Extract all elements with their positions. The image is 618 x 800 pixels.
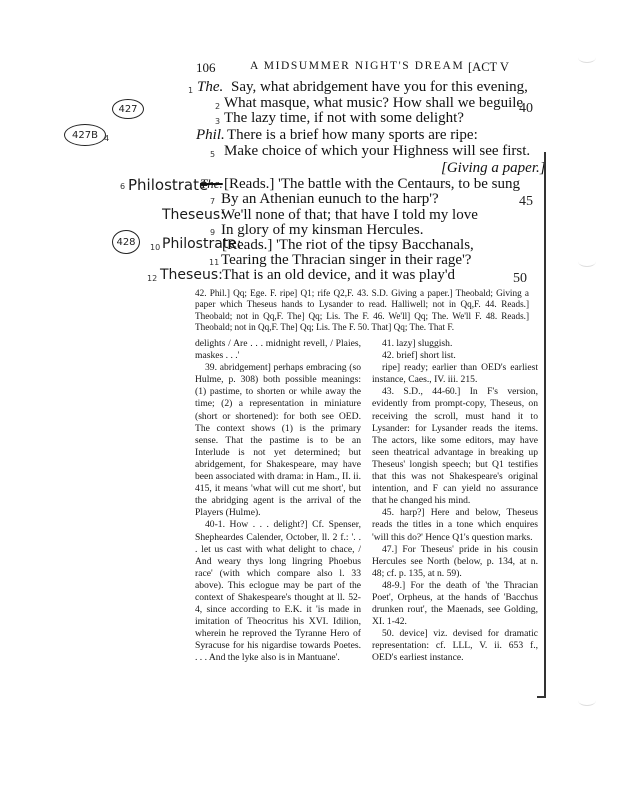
annotation-circle-428: 428 (112, 230, 140, 254)
hand-line-number: 1 (188, 86, 193, 95)
page-number: 106 (196, 60, 216, 76)
line-number: 45 (519, 194, 533, 210)
hand-line-number: 2 (215, 102, 220, 111)
commentary-left-column: delights / Are . . . midnight revell, / … (195, 338, 361, 665)
verse-line: That is an old device, and it was play'd (222, 267, 455, 284)
commentary-note: 40-1. How . . . delight?] Cf. Spenser, S… (195, 519, 361, 664)
commentary-note: 48-9.] For the death of 'the Thracian Po… (372, 580, 538, 628)
speaker-prefix: The. (197, 79, 223, 96)
verse-line: There is a brief how many sports are rip… (227, 127, 478, 144)
commentary-note: 42. brief] short list. (372, 350, 538, 362)
struck-speaker-prefix: The. (200, 176, 223, 192)
commentary-note: 45. harp?] Here and below, Theseus reads… (372, 507, 538, 543)
textual-collation: 42. Phil.] Qq; Ege. F. ripe] Q1; rife Q2… (195, 288, 529, 334)
running-title: A MIDSUMMER NIGHT'S DREAM (250, 60, 464, 72)
verse-line: By an Athenian eunuch to the harp'? (221, 191, 439, 208)
commentary-note: 43. S.D., 44-60.] In F's version, eviden… (372, 386, 538, 507)
punch-hole-mark (578, 256, 596, 267)
verse-line: Make choice of which your Highness will … (224, 143, 530, 160)
commentary-note: 47.] For Theseus' pride in his cousin He… (372, 544, 538, 580)
hand-line-number: 7 (210, 197, 215, 206)
line-number: 40 (519, 101, 533, 117)
hand-line-number: 6 (120, 182, 125, 191)
speaker-prefix: Phil. (196, 127, 225, 144)
handwritten-speaker: Philostrate (128, 176, 208, 194)
annotation-circle-427: 427 (112, 99, 144, 119)
punch-hole-mark (578, 695, 596, 706)
handwritten-speaker: Theseus: (160, 267, 223, 283)
hand-line-number: 10 (150, 243, 160, 252)
hand-line-number: 3 (215, 117, 220, 126)
commentary-note: 39. abridgement] perhaps embracing (so H… (195, 362, 361, 519)
handwritten-speaker: Theseus: (162, 207, 225, 223)
commentary-note: delights / Are . . . midnight revell, / … (195, 338, 361, 362)
hand-line-number: 11 (209, 258, 219, 267)
stage-direction: [Giving a paper.] (441, 160, 546, 177)
commentary-note: 41. lazy] sluggish. (372, 338, 538, 350)
act-label: [ACT V (468, 60, 509, 75)
hand-line-number: 5 (210, 150, 215, 159)
verse-line: The lazy time, if not with some delight? (224, 110, 464, 127)
hand-line-number: 12 (147, 274, 157, 283)
verse-line: Say, what abridgement have you for this … (231, 79, 528, 96)
margin-rule-tick (537, 696, 546, 698)
annotation-circle-427b: 427B (64, 124, 106, 146)
hand-line-number: 4 (104, 134, 109, 143)
commentary-note: ripe] ready; earlier than OED's earliest… (372, 362, 538, 386)
punch-hole-mark (578, 52, 596, 63)
commentary-note: 50. device] viz. devised for dramatic re… (372, 628, 538, 664)
margin-rule (544, 152, 546, 698)
commentary-right-column: 41. lazy] sluggish. 42. brief] short lis… (372, 338, 538, 665)
line-number: 50 (513, 271, 527, 287)
